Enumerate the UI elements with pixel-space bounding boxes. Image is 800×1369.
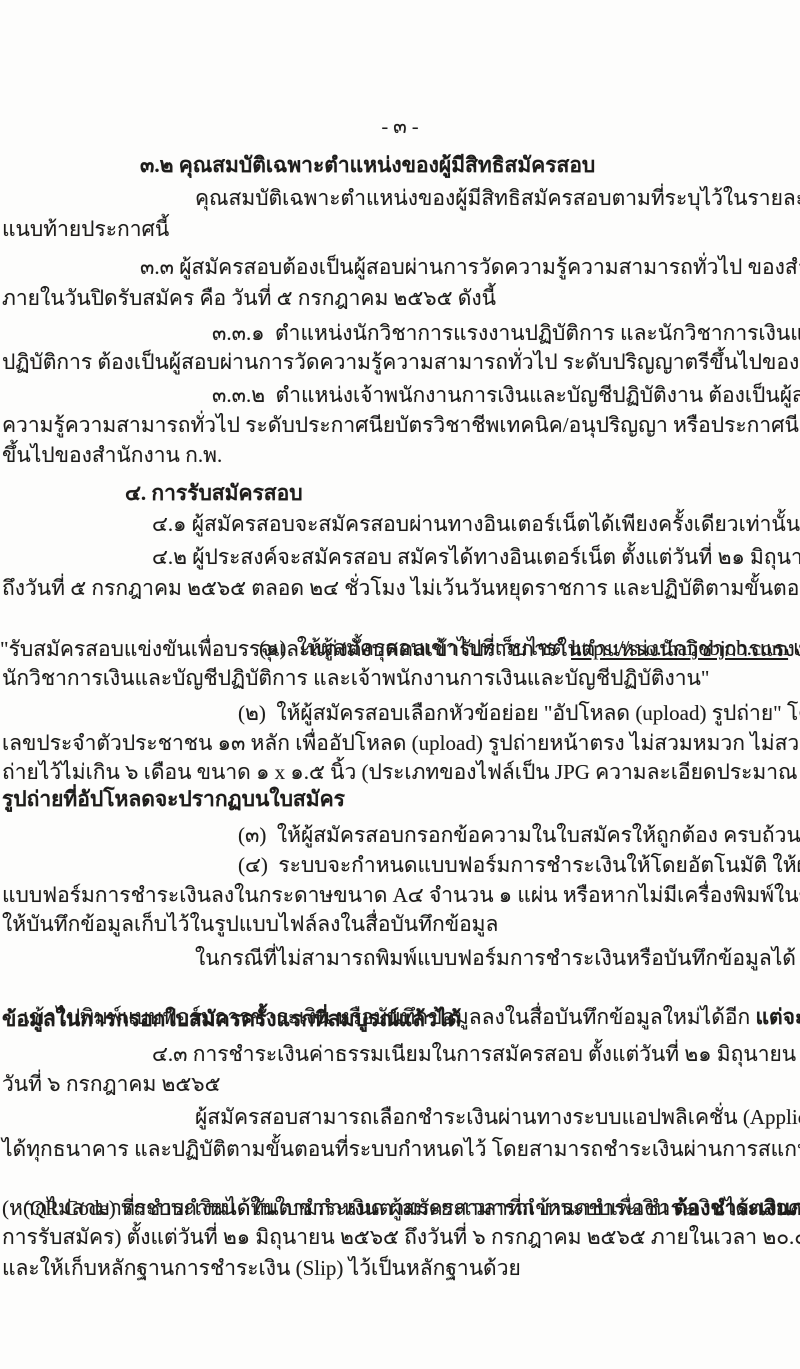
text-line: แนบท้ายประกาศนี้ [2,214,169,244]
step-3-line: (๓) ให้ผู้สมัครสอบกรอกข้อความในใบสมัครให… [238,820,800,850]
text-line: เลขประจำตัวประชาชน ๑๓ หลัก เพื่ออัปโหลด … [2,728,800,758]
line-bold-text: แต่จะไม่สามารถแก้ไข [755,1005,800,1029]
text-line: ความรู้ความสามารถทั่วไป ระดับประกาศนียบั… [2,410,800,440]
section-3-3-line: ๓.๓ ผู้สมัครสอบต้องเป็นผู้สอบผ่านการวัดค… [140,252,800,282]
text-line: ถึงวันที่ ๕ กรกฎาคม ๒๕๖๕ ตลอด ๒๔ ชั่วโมง… [2,573,800,603]
text-line: ปฏิบัติการ ต้องเป็นผู้สอบผ่านการวัดความร… [2,347,800,377]
text-line: ถ่ายไว้ไม่เกิน ๖ เดือน ขนาด ๑ x ๑.๕ นิ้ว… [2,757,800,787]
text-line: ภายในวันปิดรับสมัคร คือ วันที่ ๕ กรกฎาคม… [2,283,496,313]
clause-3-3-1-line: ๓.๓.๑ ตำแหน่งนักวิชาการแรงงานปฏิบัติการ … [212,318,800,348]
text-line: (หากไม่สามารถชำระเงินได้ทันตามกำหนด ผู้ส… [2,1193,800,1223]
text-line: ข้อมูลในการกรอกใบสมัครครั้งแรกที่สมบูรณ์… [2,1004,461,1034]
text-line: ได้ทุกธนาคาร และปฏิบัติตามขั้นตอนที่ระบบ… [2,1134,800,1164]
step-4-line: (๔) ระบบจะกำหนดแบบฟอร์มการชำระเงินให้โดย… [238,850,800,880]
text-line: ขึ้นไปของสำนักงาน ก.พ. [2,440,222,470]
text-line: คุณสมบัติเฉพาะตำแหน่งของผู้มีสิทธิสมัครส… [195,183,800,213]
text-line: ในกรณีที่ไม่สามารถพิมพ์แบบฟอร์มการชำระเง… [195,943,800,973]
text-line: และให้เก็บหลักฐานการชำระเงิน (Slip) ไว้เ… [2,1253,521,1283]
text-line: แบบฟอร์มการชำระเงินลงในกระดาษขนาด A๔ จำน… [2,880,800,910]
clause-3-3-2-line: ๓.๓.๒ ตำแหน่งเจ้าพนักงานการเงินและบัญชีป… [212,380,800,410]
text-line: นักวิชาการเงินและบัญชีปฏิบัติการ และเจ้า… [2,663,709,693]
section-4-2-line: ๔.๒ ผู้ประสงค์จะสมัครสอบ สมัครได้ทางอินเ… [152,542,800,572]
section-4-3-line: ๔.๓ การชำระเงินค่าธรรมเนียมในการสมัครสอบ… [152,1039,800,1069]
text-line: ให้บันทึกข้อมูลเก็บไว้ในรูปแบบไฟล์ลงในสื… [2,909,498,939]
section-3-2-heading: ๓.๒ คุณสมบัติเฉพาะตำแหน่งของผู้มีสิทธิสม… [140,150,595,180]
document-page: - ๓ - ๓.๒ คุณสมบัติเฉพาะตำแหน่งของผู้มีส… [0,0,800,1369]
text-line: "รับสมัครสอบแข่งขันเพื่อบรรจุและแต่งตั้ง… [0,634,800,664]
text-line: ผู้สมัครสอบสามารถเลือกชำระเงินผ่านทางระบ… [195,1102,800,1132]
upload-note-line: รูปถ่ายที่อัปโหลดจะปรากฏบนใบสมัคร [2,784,345,814]
section-4-1-line: ๔.๑ ผู้สมัครสอบจะสมัครสอบผ่านทางอินเตอร์… [152,509,800,539]
text-line: การรับสมัคร) ตั้งแต่วันที่ ๒๑ มิถุนายน ๒… [2,1222,800,1252]
text-line: วันที่ ๖ กรกฎาคม ๒๕๖๕ [2,1069,221,1099]
page-number: - ๓ - [0,112,800,142]
section-4-heading: ๔. การรับสมัครสอบ [125,478,303,508]
step-2-line: (๒) ให้ผู้สมัครสอบเลือกหัวข้อย่อย "อัปโห… [238,698,800,728]
